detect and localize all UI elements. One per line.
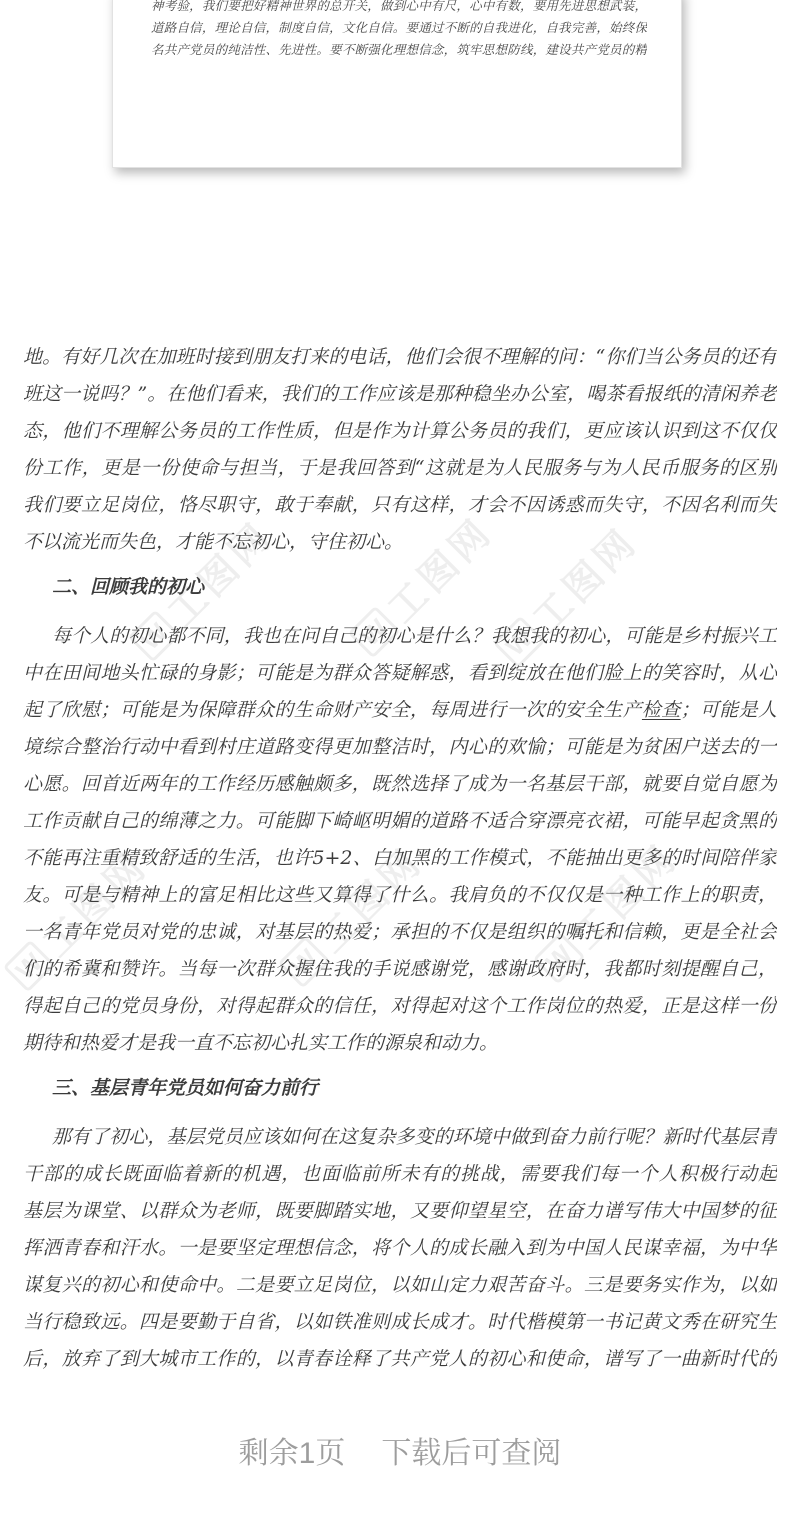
page1-text: 神考验，我们要把好精神世界的总开关，做到心中有尺，心中有数，要用先进思想武装，做… — [151, 0, 647, 61]
text-line: 期待和热爱才是我一直不忘初心扎实工作的源泉和动力。 — [23, 1025, 777, 1062]
text-line: 班这一说吗？”。在他们看来，我们的工作应该是那种稳坐办公室，喝茶看报纸的清闲养老… — [23, 376, 777, 413]
text-line: 神考验，我们要把好精神世界的总开关，做到心中有尺，心中有数，要用先进思想武装，做… — [151, 0, 647, 17]
text-line: 中在田间地头忙碌的身影；可能是为群众答疑解惑，看到绽放在他们脸上的笑容时，从心底… — [23, 655, 777, 692]
text-line: 挥洒青春和汗水。一是要坚定理想信念，将个人的成长融入到为中国人民谋幸福，为中华民… — [23, 1230, 777, 1267]
text-line: 份工作，更是一份使命与担当，于是我回答到“这就是为人民服务与为人民币服务的区别呀… — [23, 450, 777, 487]
text-line: 一名青年党员对党的忠诚，对基层的热爱；承担的不仅是组织的嘱托和信赖，更是全社会对… — [23, 914, 777, 951]
text-line: 不能再注重精致舒适的生活，也许5+2、白加黑的工作模式，不能抽出更多的时间陪伴家… — [23, 840, 777, 877]
text-line: 态，他们不理解公务员的工作性质，但是作为计算公务员的我们，更应该认识到这不仅仅是… — [23, 413, 777, 450]
text-line: 心愿。回首近两年的工作经历感触颇多，既然选择了成为一名基层干部，就要自觉自愿为基… — [23, 766, 777, 803]
text-line: 工作贡献自己的绵薄之力。可能脚下崎岖明媚的道路不适合穿漂亮衣裙，可能早起贪黑的工… — [23, 803, 777, 840]
text-line: 友。可是与精神上的富足相比这些又算得了什么。我肩负的不仅仅是一种工作上的职责，更… — [23, 877, 777, 914]
text-line: 名共产党员的纯洁性、先进性。要不断强化理想信念，筑牢思想防线，建设共产党员的精神… — [151, 39, 647, 61]
text-line: 当行稳致远。四是要勤于自省，以如铁准则成长成才。时代楷模第一书记黄文秀在研究生毕… — [23, 1304, 777, 1341]
text-line: 每个人的初心都不同，我也在问自己的初心是什么？我想我的初心，可能是乡村振兴工作 — [23, 618, 777, 655]
paragraph-duty: 地。有好几次在加班时接到朋友打来的电话，他们会很不理解的问：“你们当公务员的还有… — [23, 339, 777, 561]
page1-preview-card: 神考验，我们要把好精神世界的总开关，做到心中有尺，心中有数，要用先进思想武装，做… — [112, 0, 682, 168]
text-line: 后，放弃了到大城市工作的，以青春诠释了共产党人的初心和使命，谱写了一曲新时代的青… — [23, 1341, 777, 1378]
text-line: 得起自己的党员身份，对得起群众的信任，对得起对这个工作岗位的热爱，正是这样一份信… — [23, 988, 777, 1025]
pages-remaining-notice: 剩余1页 下载后可查阅 — [0, 1432, 800, 1476]
text-line: 基层为课堂、以群众为老师，既要脚踏实地，又要仰望星空，在奋力谱写伟大中国梦的征程… — [23, 1193, 777, 1230]
paragraph-forge-ahead: 那有了初心，基层党员应该如何在这复杂多变的环境中做到奋力前行呢？新时代基层青年干… — [23, 1119, 777, 1378]
text-line: 谋复兴的初心和使命中。二是要立足岗位，以如山定力艰苦奋斗。三是要务实作为，以如鼎… — [23, 1267, 777, 1304]
text-line: 地。有好几次在加班时接到朋友打来的电话，他们会很不理解的问：“你们当公务员的还有… — [23, 339, 777, 376]
text-line: 道路自信，理论自信，制度自信，文化自信。要通过不断的自我进化，自我完善，始终保持… — [151, 17, 647, 39]
download-hint-text: 下载后可查阅 — [381, 1432, 561, 1476]
text-line: 不以流光而失色，才能不忘初心，守住初心。 — [23, 524, 777, 561]
text-line: 们的希冀和赞许。当每一次群众握住我的手说感谢党，感谢政府时，我都时刻提醒自己，要… — [23, 951, 777, 988]
text-line: 那有了初心，基层党员应该如何在这复杂多变的环境中做到奋力前行呢？新时代基层青年 — [23, 1119, 777, 1156]
remaining-pages-text: 剩余1页 — [239, 1432, 346, 1476]
section-heading-3: 三、基层青年党员如何奋力前行 — [23, 1070, 777, 1107]
paragraph-original-intention: 每个人的初心都不同，我也在问自己的初心是什么？我想我的初心，可能是乡村振兴工作中… — [23, 618, 777, 1062]
text-line: 起了欣慰；可能是为保障群众的生命财产安全，每周进行一次的安全生产检查；可能是人居… — [23, 692, 777, 729]
section-heading-2: 二、回顾我的初心 — [23, 569, 777, 606]
page2-text-body: 地。有好几次在加班时接到朋友打来的电话，他们会很不理解的问：“你们当公务员的还有… — [23, 339, 777, 1378]
text-line: 干部的成长既面临着新的机遇，也面临前所未有的挑战，需要我们每一个人积极行动起来，… — [23, 1156, 777, 1193]
text-line: 境综合整治行动中看到村庄道路变得更加整洁时，内心的欢愉；可能是为贫困户送去的一个… — [23, 729, 777, 766]
text-line: 我们要立足岗位，恪尽职守，敢于奉献，只有这样，才会不因诱惑而失守，不因名利而失节… — [23, 487, 777, 524]
